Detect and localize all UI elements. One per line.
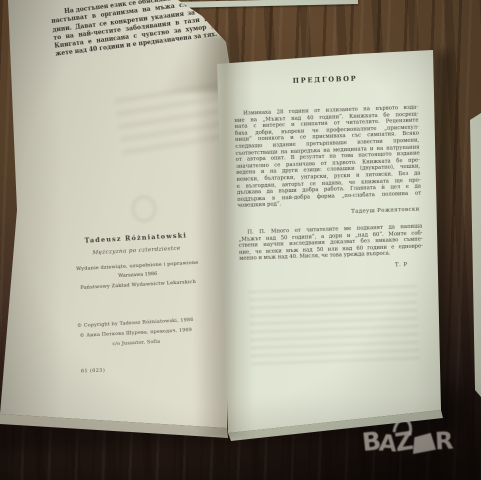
book-photo: На достъпен език се обясняват промените,… xyxy=(0,0,481,480)
preface-paragraph-1: Изминаха 28 години от излизането на първ… xyxy=(234,105,421,210)
page-edge-top xyxy=(171,0,358,8)
shopping-bag-icon xyxy=(412,432,436,454)
original-title: Mężczyzna po czterdziestce xyxy=(57,244,215,258)
preface-content: ПРЕДГОВОР Изминаха 28 години от излизане… xyxy=(233,73,424,274)
watermark-letter: R xyxy=(434,429,454,454)
bazar-watermark: BAZR xyxy=(362,429,454,455)
book-gutter-shadow xyxy=(194,36,254,438)
watermark-letter: Z xyxy=(393,428,415,456)
show-through-text xyxy=(249,285,419,365)
preface-paragraph-2: П. П. Много от читателите ме подканят да… xyxy=(238,223,423,262)
catalog-code: 61 (023) xyxy=(81,368,105,375)
